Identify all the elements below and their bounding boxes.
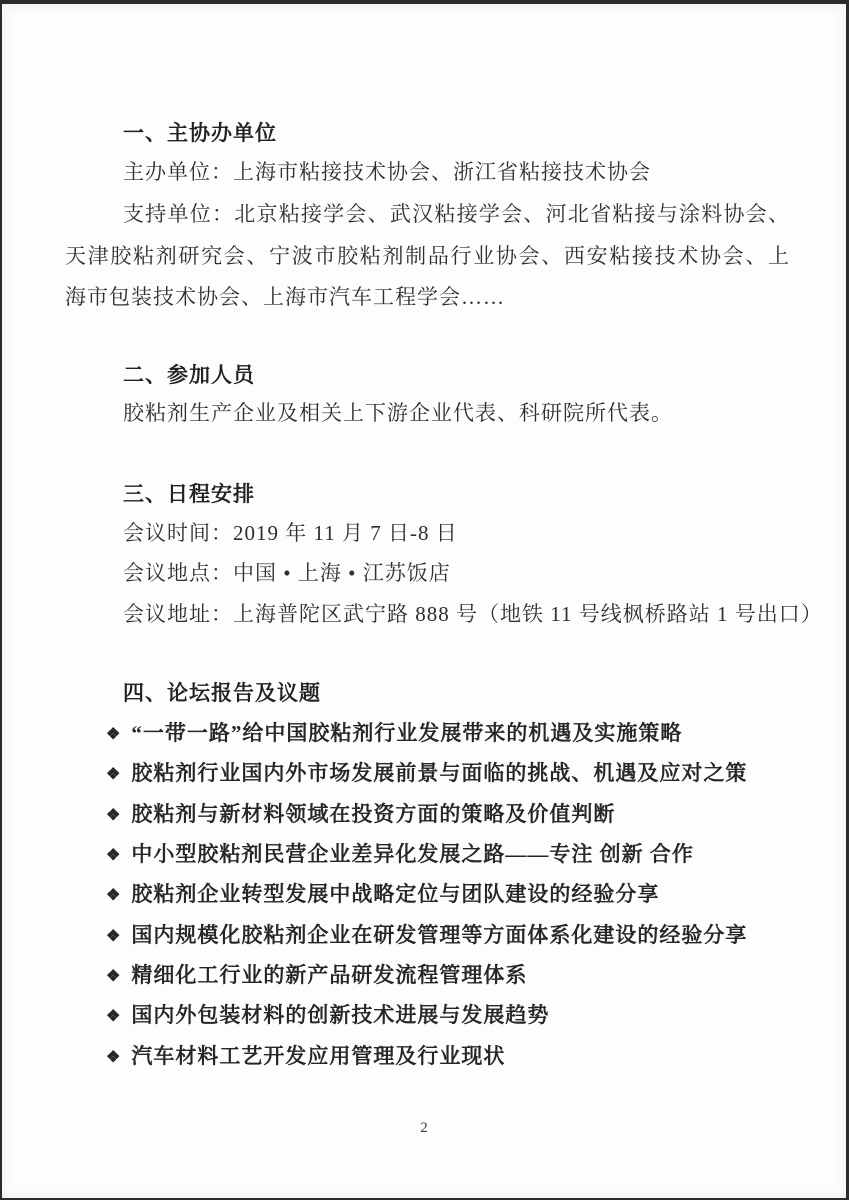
diamond-bullet-icon: ❖: [106, 844, 121, 868]
diamond-bullet-icon: ❖: [106, 723, 121, 747]
agenda-item: ❖ 国内规模化胶粘剂企业在研发管理等方面体系化建设的经验分享: [106, 923, 747, 950]
document-page: 一、主协办单位 主办单位：上海市粘接技术协会、浙江省粘接技术协会 支持单位：北京…: [0, 0, 849, 1200]
section-heading: 一、主协办单位: [123, 121, 277, 145]
agenda-item: ❖ “一带一路”给中国胶粘剂行业发展带来的机遇及实施策略: [106, 721, 682, 748]
section-heading: 四、论坛报告及议题: [123, 681, 321, 705]
agenda-item: ❖ 中小型胶粘剂民营企业差异化发展之路——专注 创新 合作: [106, 842, 694, 869]
paragraph-line: 主办单位：上海市粘接技术协会、浙江省粘接技术协会: [123, 160, 651, 184]
diamond-bullet-icon: ❖: [106, 1046, 121, 1070]
agenda-item-text: 国内规模化胶粘剂企业在研发管理等方面体系化建设的经验分享: [131, 923, 747, 947]
diamond-bullet-icon: ❖: [106, 925, 121, 949]
agenda-item: ❖ 胶粘剂企业转型发展中战略定位与团队建设的经验分享: [106, 882, 659, 909]
diamond-bullet-icon: ❖: [106, 1005, 121, 1029]
agenda-item: ❖ 精细化工行业的新产品研发流程管理体系: [106, 963, 527, 990]
agenda-item-text: 胶粘剂行业国内外市场发展前景与面临的挑战、机遇及应对之策: [131, 761, 747, 785]
diamond-bullet-icon: ❖: [106, 804, 121, 828]
agenda-item: ❖ 胶粘剂行业国内外市场发展前景与面临的挑战、机遇及应对之策: [106, 761, 747, 788]
agenda-item: ❖ 汽车材料工艺开发应用管理及行业现状: [106, 1044, 505, 1071]
paragraph-line: 支持单位：北京粘接学会、武汉粘接学会、河北省粘接与涂料协会、: [123, 202, 790, 226]
agenda-item: ❖ 胶粘剂与新材料领域在投资方面的策略及价值判断: [106, 802, 615, 829]
agenda-item-text: 汽车材料工艺开发应用管理及行业现状: [131, 1044, 505, 1068]
agenda-item-text: “一带一路”给中国胶粘剂行业发展带来的机遇及实施策略: [131, 721, 682, 745]
agenda-item-text: 胶粘剂企业转型发展中战略定位与团队建设的经验分享: [131, 882, 659, 906]
paragraph-line: 海市包装技术协会、上海市汽车工程学会……: [65, 285, 505, 309]
agenda-item-text: 胶粘剂与新材料领域在投资方面的策略及价值判断: [131, 802, 615, 826]
paragraph-line: 会议地址：上海普陀区武宁路 888 号（地铁 11 号线枫桥路站 1 号出口）: [123, 602, 823, 626]
diamond-bullet-icon: ❖: [106, 763, 121, 787]
section-heading: 三、日程安排: [123, 482, 255, 506]
agenda-item-text: 国内外包装材料的创新技术进展与发展趋势: [131, 1003, 549, 1027]
agenda-item-text: 中小型胶粘剂民营企业差异化发展之路——专注 创新 合作: [131, 842, 694, 866]
paragraph-line: 胶粘剂生产企业及相关上下游企业代表、科研院所代表。: [123, 401, 673, 425]
agenda-item-text: 精细化工行业的新产品研发流程管理体系: [131, 963, 527, 987]
section-heading: 二、参加人员: [123, 363, 255, 387]
paragraph-line: 会议时间：2019 年 11 月 7 日-8 日: [123, 521, 458, 545]
agenda-item: ❖ 国内外包装材料的创新技术进展与发展趋势: [106, 1003, 549, 1030]
paragraph-line: 天津胶粘剂研究会、宁波市胶粘剂制品行业协会、西安粘接技术协会、上: [65, 244, 790, 268]
diamond-bullet-icon: ❖: [106, 965, 121, 989]
page-number: 2: [2, 1120, 846, 1137]
paragraph-line: 会议地点：中国 • 上海 • 江苏饭店: [123, 561, 451, 585]
diamond-bullet-icon: ❖: [106, 884, 121, 908]
